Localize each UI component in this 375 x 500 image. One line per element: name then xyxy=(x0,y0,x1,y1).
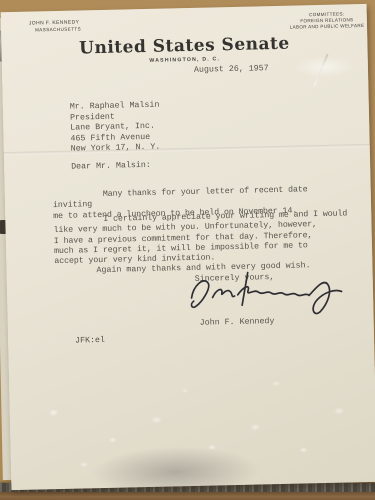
committee-2: LABOR AND PUBLIC WELFARE xyxy=(289,23,365,31)
photo-scene: JOHN F. KENNEDY MASSACHUSETTS COMMITTEES… xyxy=(0,0,375,500)
letter-page: JOHN F. KENNEDY MASSACHUSETTS COMMITTEES… xyxy=(1,4,375,490)
fold-crease xyxy=(4,144,370,155)
sender-state: MASSACHUSETTS xyxy=(29,26,81,34)
salutation: Dear Mr. Malsin: xyxy=(71,161,151,172)
typist-initials: JFK:el xyxy=(75,336,105,346)
letter-date: August 26, 1957 xyxy=(194,64,269,75)
typed-signature-name: John F. Kennedy xyxy=(200,317,275,328)
signature-icon xyxy=(183,266,352,324)
wood-edge xyxy=(0,492,375,500)
body-paragraph-2: I certainly appreciate your writing me a… xyxy=(53,209,348,267)
letterhead-sender: JOHN F. KENNEDY MASSACHUSETTS xyxy=(29,19,81,33)
recipient-address: Mr. Raphael Malsin President Lane Bryant… xyxy=(70,101,161,156)
letterhead-committees: COMMITTEES: FOREIGN RELATIONS LABOR AND … xyxy=(289,11,365,31)
